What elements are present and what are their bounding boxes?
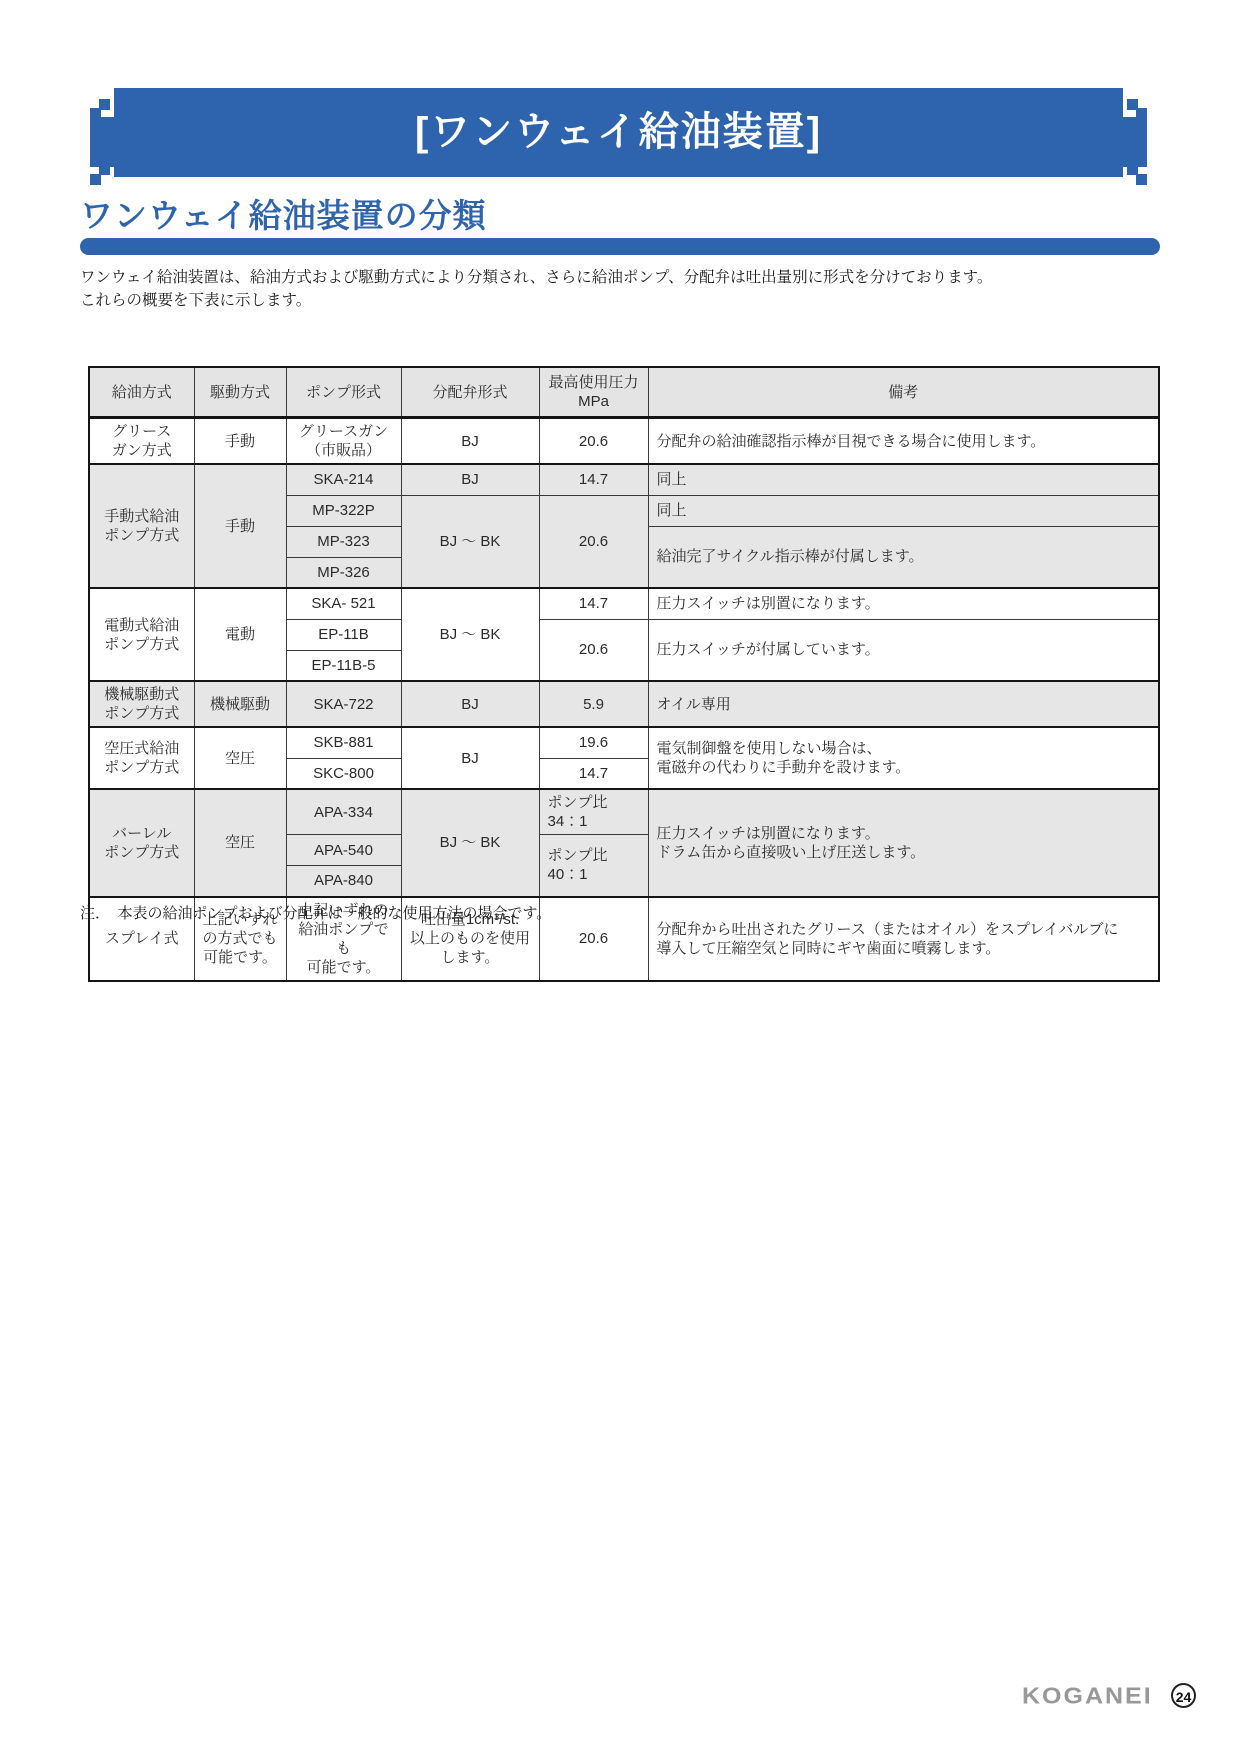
table-cell: 19.6 — [539, 727, 648, 758]
table-cell: 分配弁の給油確認指示棒が目視できる場合に使用します。 — [648, 418, 1159, 465]
table-cell: MP-323 — [286, 526, 401, 557]
column-header: 備考 — [648, 367, 1159, 418]
catalog-page: [ワンウェイ給油装置] ワンウェイ給油装置の分類 ワンウェイ給油装置は、給油方式… — [0, 0, 1240, 1754]
banner-ornament — [1136, 174, 1147, 185]
table-cell: SKC-800 — [286, 758, 401, 789]
table-cell: EP-11B-5 — [286, 650, 401, 681]
table-cell: バーレル ポンプ方式 — [89, 789, 194, 897]
table-cell: 14.7 — [539, 464, 648, 495]
table-cell: 機械駆動式 ポンプ方式 — [89, 681, 194, 727]
table-cell: SKA- 521 — [286, 588, 401, 619]
table-cell: 手動 — [194, 418, 286, 465]
table-cell: 給油完了サイクル指示棒が付属します。 — [648, 526, 1159, 588]
table-cell: 空圧 — [194, 789, 286, 897]
table-note: 注． 本表の給油ポンプおよび分配弁は一般的な使用方法の場合です。 — [80, 902, 551, 923]
column-header: ポンプ形式 — [286, 367, 401, 418]
table-cell: ポンプ比 34：1 — [539, 789, 648, 835]
title-banner: [ワンウェイ給油装置] — [114, 88, 1123, 177]
table-cell: SKA-214 — [286, 464, 401, 495]
table-cell: 20.6 — [539, 495, 648, 588]
table-cell: APA-540 — [286, 835, 401, 866]
table-cell: EP-11B — [286, 619, 401, 650]
table-cell: 20.6 — [539, 619, 648, 681]
page-number-badge: 24 — [1171, 1683, 1196, 1708]
column-header: 給油方式 — [89, 367, 194, 418]
section-title-bar — [80, 238, 1160, 255]
banner-ornament — [90, 117, 114, 167]
table-row: 電動式給油 ポンプ方式電動SKA- 521BJ ～ BK14.7圧力スイッチは別… — [89, 588, 1159, 619]
koganei-logo: KOGANEI — [1022, 1683, 1153, 1710]
classification-table-wrap: 給油方式駆動方式ポンプ形式分配弁形式最高使用圧力 MPa備考 グリース ガン方式… — [88, 366, 1158, 982]
table-cell: 手動式給油 ポンプ方式 — [89, 464, 194, 588]
table-row: バーレル ポンプ方式空圧APA-334BJ ～ BKポンプ比 34：1圧力スイッ… — [89, 789, 1159, 835]
table-cell: 同上 — [648, 495, 1159, 526]
table-cell: MP-326 — [286, 557, 401, 588]
table-cell: 空圧 — [194, 727, 286, 789]
table-cell: 圧力スイッチが付属しています。 — [648, 619, 1159, 681]
table-cell: 20.6 — [539, 897, 648, 981]
table-cell: APA-334 — [286, 789, 401, 835]
table-cell: BJ — [401, 727, 539, 789]
table-cell: SKA-722 — [286, 681, 401, 727]
banner-ornament — [1136, 108, 1147, 119]
banner-ornament — [90, 174, 101, 185]
table-cell: 圧力スイッチは別置になります。 ドラム缶から直接吸い上げ圧送します。 — [648, 789, 1159, 897]
table-cell: 20.6 — [539, 418, 648, 465]
table-cell: グリース ガン方式 — [89, 418, 194, 465]
column-header: 分配弁形式 — [401, 367, 539, 418]
table-cell: 14.7 — [539, 758, 648, 789]
table-cell: 5.9 — [539, 681, 648, 727]
table-row: 手動式給油 ポンプ方式手動SKA-214BJ14.7同上 — [89, 464, 1159, 495]
table-header: 給油方式駆動方式ポンプ形式分配弁形式最高使用圧力 MPa備考 — [89, 367, 1159, 418]
table-cell: BJ ～ BK — [401, 789, 539, 897]
table-cell: 手動 — [194, 464, 286, 588]
table-cell: SKB-881 — [286, 727, 401, 758]
banner-ornament — [90, 108, 101, 119]
table-cell: ポンプ比 40：1 — [539, 835, 648, 897]
classification-table: 給油方式駆動方式ポンプ形式分配弁形式最高使用圧力 MPa備考 グリース ガン方式… — [88, 366, 1160, 982]
table-cell: 同上 — [648, 464, 1159, 495]
table-cell: BJ ～ BK — [401, 495, 539, 588]
table-cell: 電気制御盤を使用しない場合は、 電磁弁の代わりに手動弁を設けます。 — [648, 727, 1159, 789]
table-cell: MP-322P — [286, 495, 401, 526]
section-title: ワンウェイ給油装置の分類 — [80, 190, 487, 237]
intro-line-2: これらの概要を下表に示します。 — [80, 292, 311, 309]
banner-title: [ワンウェイ給油装置] — [114, 88, 1123, 177]
table-row: グリース ガン方式手動グリースガン （市販品）BJ20.6分配弁の給油確認指示棒… — [89, 418, 1159, 465]
table-cell: 圧力スイッチは別置になります。 — [648, 588, 1159, 619]
table-cell: 空圧式給油 ポンプ方式 — [89, 727, 194, 789]
table-cell: 電動式給油 ポンプ方式 — [89, 588, 194, 681]
table-cell: 分配弁から吐出されたグリース（またはオイル）をスプレイバルブに 導入して圧縮空気… — [648, 897, 1159, 981]
column-header: 最高使用圧力 MPa — [539, 367, 648, 418]
table-row: 機械駆動式 ポンプ方式機械駆動SKA-722BJ5.9オイル専用 — [89, 681, 1159, 727]
table-cell: BJ — [401, 418, 539, 465]
table-cell: 機械駆動 — [194, 681, 286, 727]
table-cell: BJ — [401, 681, 539, 727]
table-cell: BJ ～ BK — [401, 588, 539, 681]
table-row: 空圧式給油 ポンプ方式空圧SKB-881BJ19.6電気制御盤を使用しない場合は… — [89, 727, 1159, 758]
table-cell: 14.7 — [539, 588, 648, 619]
table-cell: APA-840 — [286, 866, 401, 897]
table-cell: 電動 — [194, 588, 286, 681]
column-header: 駆動方式 — [194, 367, 286, 418]
table-cell: グリースガン （市販品） — [286, 418, 401, 465]
table-cell: BJ — [401, 464, 539, 495]
table-body: グリース ガン方式手動グリースガン （市販品）BJ20.6分配弁の給油確認指示棒… — [89, 418, 1159, 981]
banner-ornament — [1123, 117, 1147, 167]
table-cell: オイル専用 — [648, 681, 1159, 727]
intro-line-1: ワンウェイ給油装置は、給油方式および駆動方式により分類され、さらに給油ポンプ、分… — [80, 269, 992, 286]
intro-paragraph: ワンウェイ給油装置は、給油方式および駆動方式により分類され、さらに給油ポンプ、分… — [80, 266, 1160, 312]
